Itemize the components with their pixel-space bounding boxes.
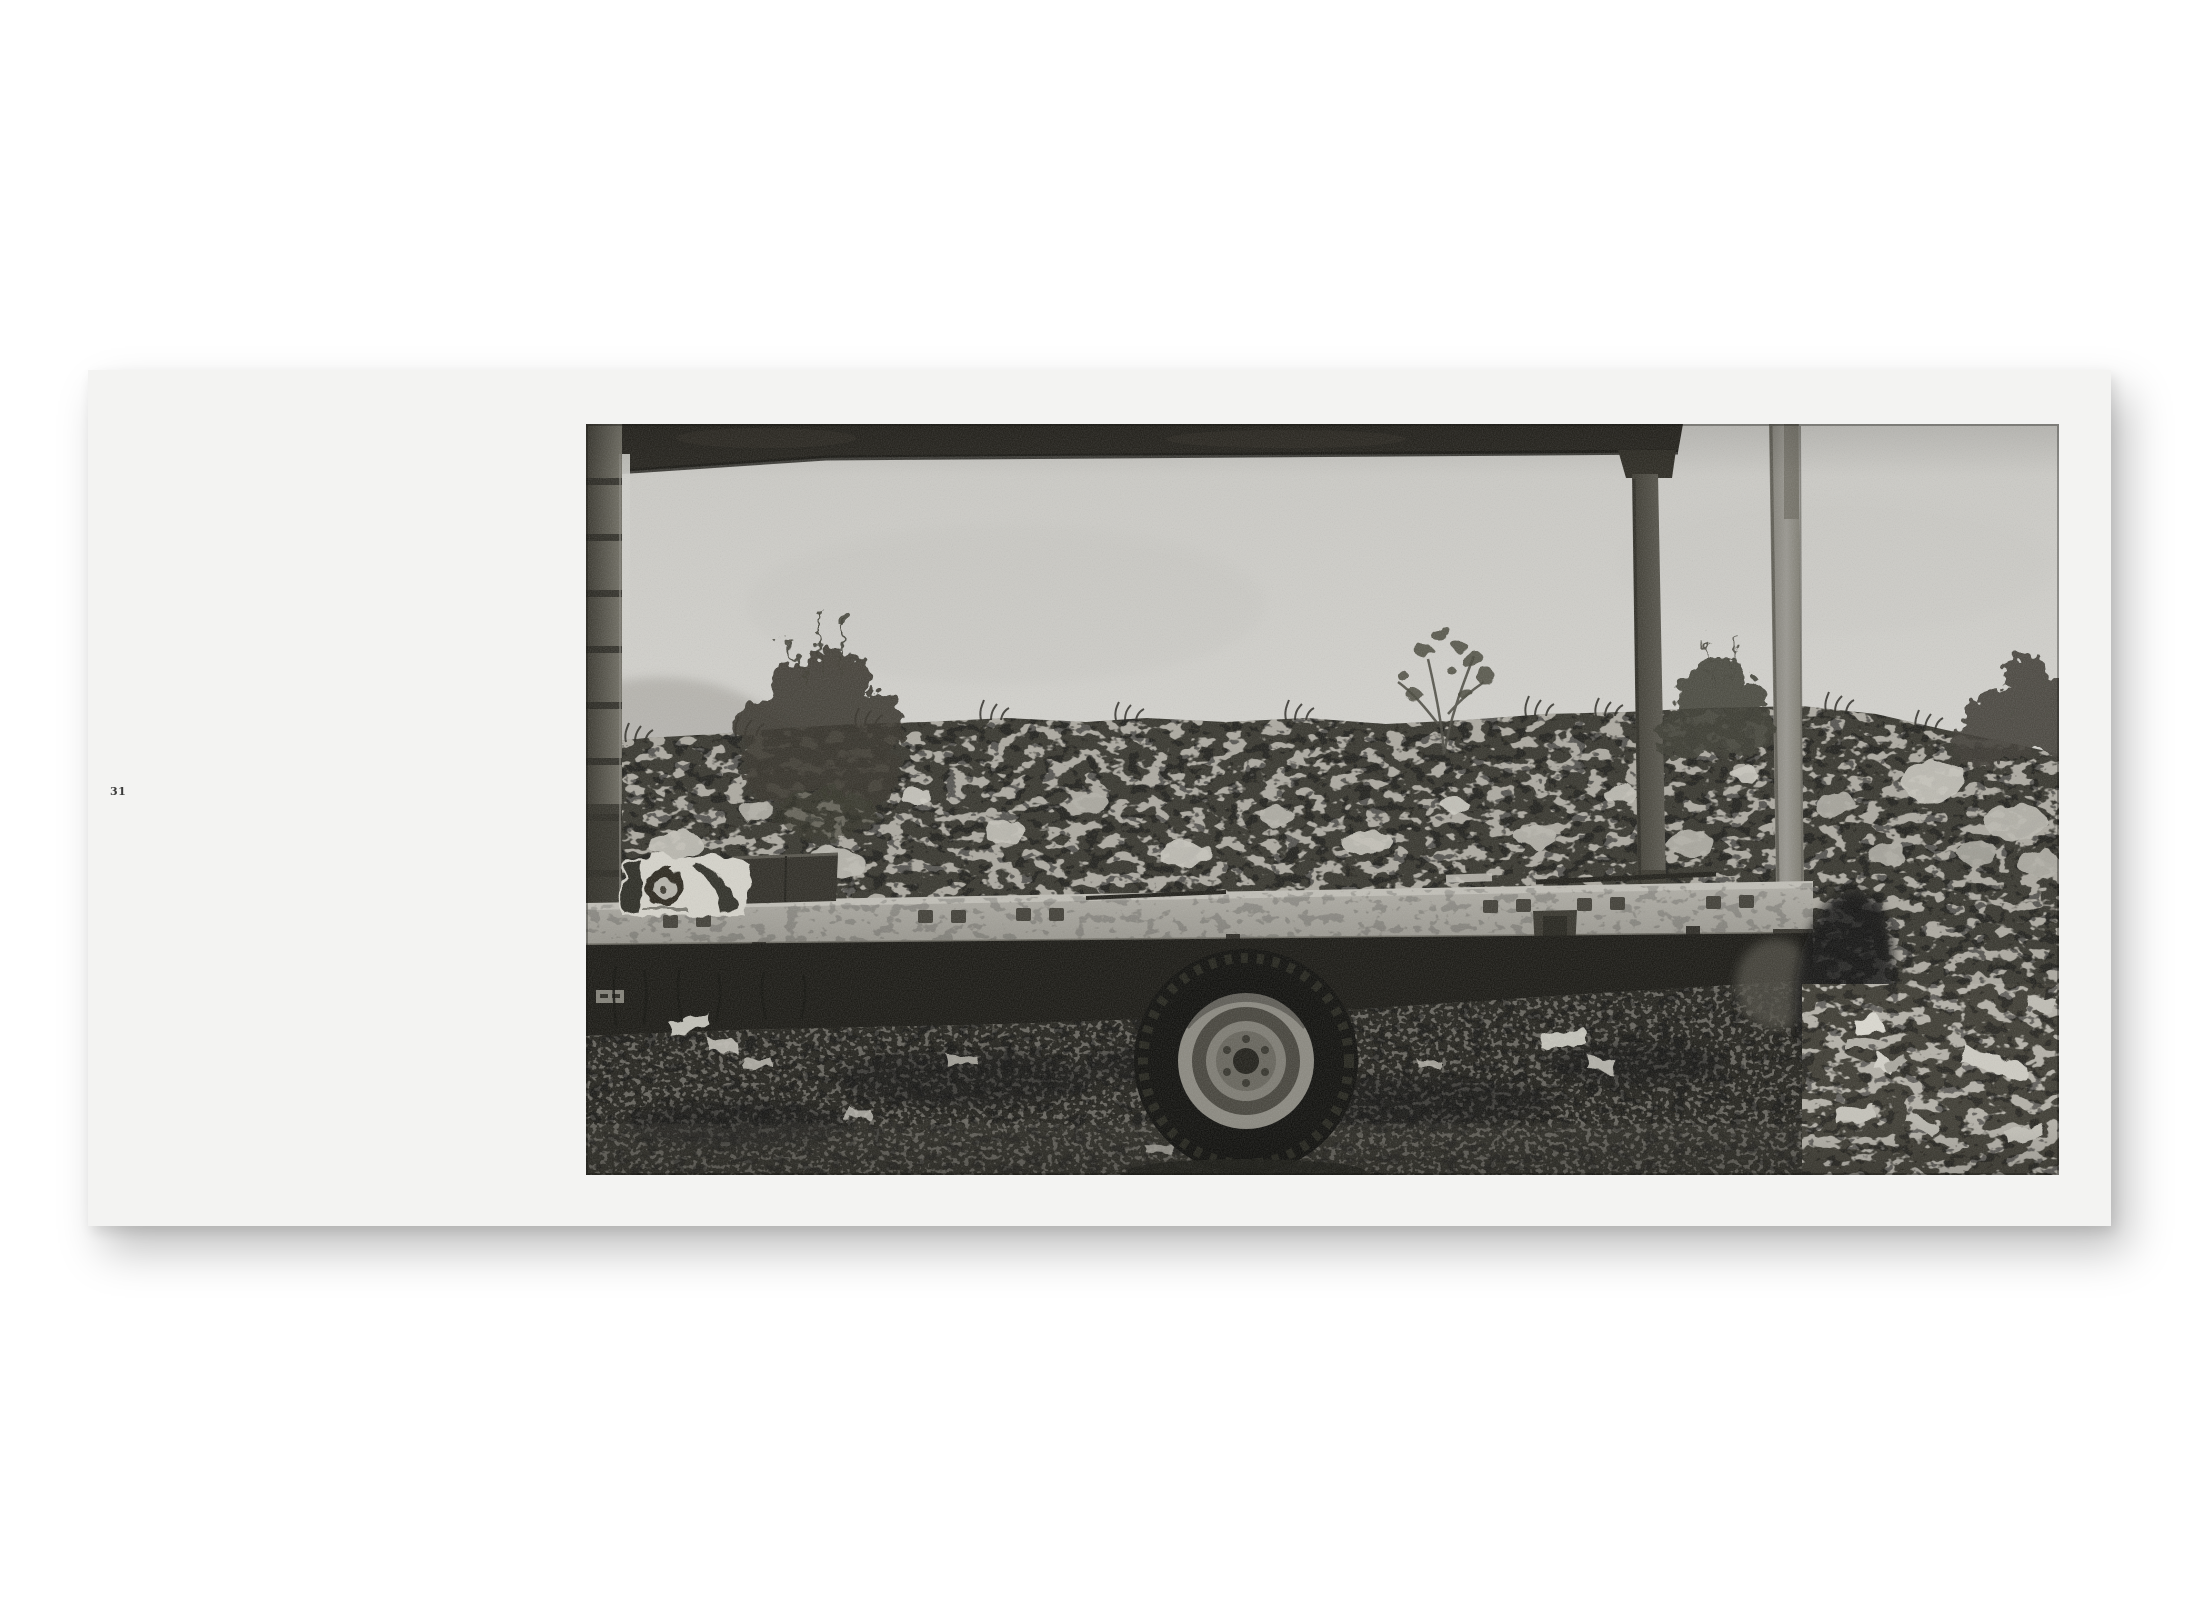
book-page: 31 xyxy=(88,370,2111,1226)
photograph xyxy=(586,424,2059,1175)
backdrop: 31 xyxy=(0,0,2200,1600)
vignette-overlay xyxy=(586,424,2059,1175)
truck-photo-illustration xyxy=(586,424,2059,1175)
page-number: 31 xyxy=(110,786,126,797)
